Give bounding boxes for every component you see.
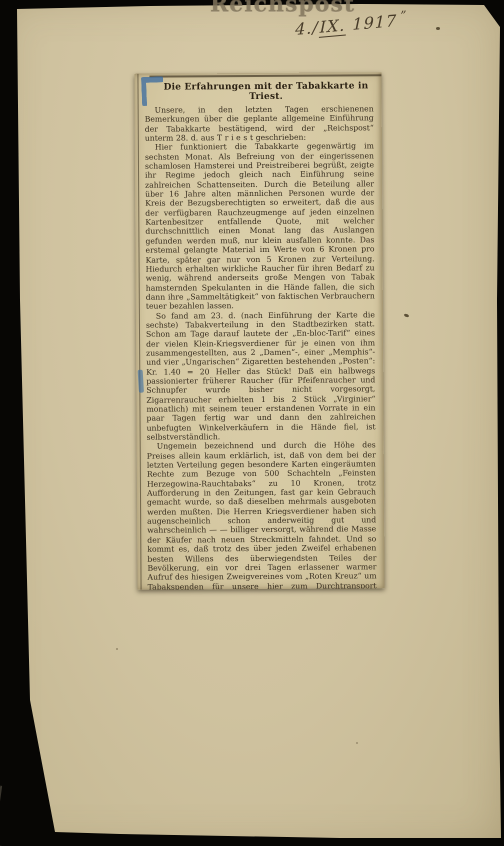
photographed-archive-page: Reichspost 4./IX. 1917” Die Erfahrungen … — [0, 0, 504, 846]
column-rule — [137, 74, 141, 590]
article-paragraph: So fand am 23. d. (nach Einführung der K… — [146, 310, 376, 442]
handwritten-date-day: 4./ — [295, 18, 319, 39]
handwritten-date-month: IX. — [319, 15, 347, 38]
headline-top-rule — [149, 74, 381, 77]
article-paragraph: Hier funktioniert die Tabakkarte gegenwä… — [145, 142, 375, 312]
handwritten-date-year: 1917 — [352, 11, 397, 34]
blue-crayon-corner-mark — [141, 76, 164, 106]
article-body: Unsere, in den letzten Tagen erschienene… — [145, 104, 377, 589]
background-edge-sliver — [0, 785, 12, 846]
blue-crayon-margin-mark — [138, 370, 144, 393]
paper-speck — [404, 313, 410, 318]
paper-speck — [356, 742, 358, 744]
paper-speck — [436, 27, 440, 30]
newspaper-clipping: Die Erfahrungen mit der Tabakkarte in Tr… — [134, 72, 384, 589]
article-headline: Die Erfahrungen mit der Tabakkarte in Tr… — [158, 81, 373, 102]
paper-speck — [116, 648, 118, 650]
article-paragraph: Unsere, in den letzten Tagen erschienene… — [145, 104, 374, 143]
article-paragraph: Ungemein bezeichnend und durch die Höhe … — [147, 441, 377, 590]
handwritten-ink-mark: ” — [400, 8, 407, 23]
